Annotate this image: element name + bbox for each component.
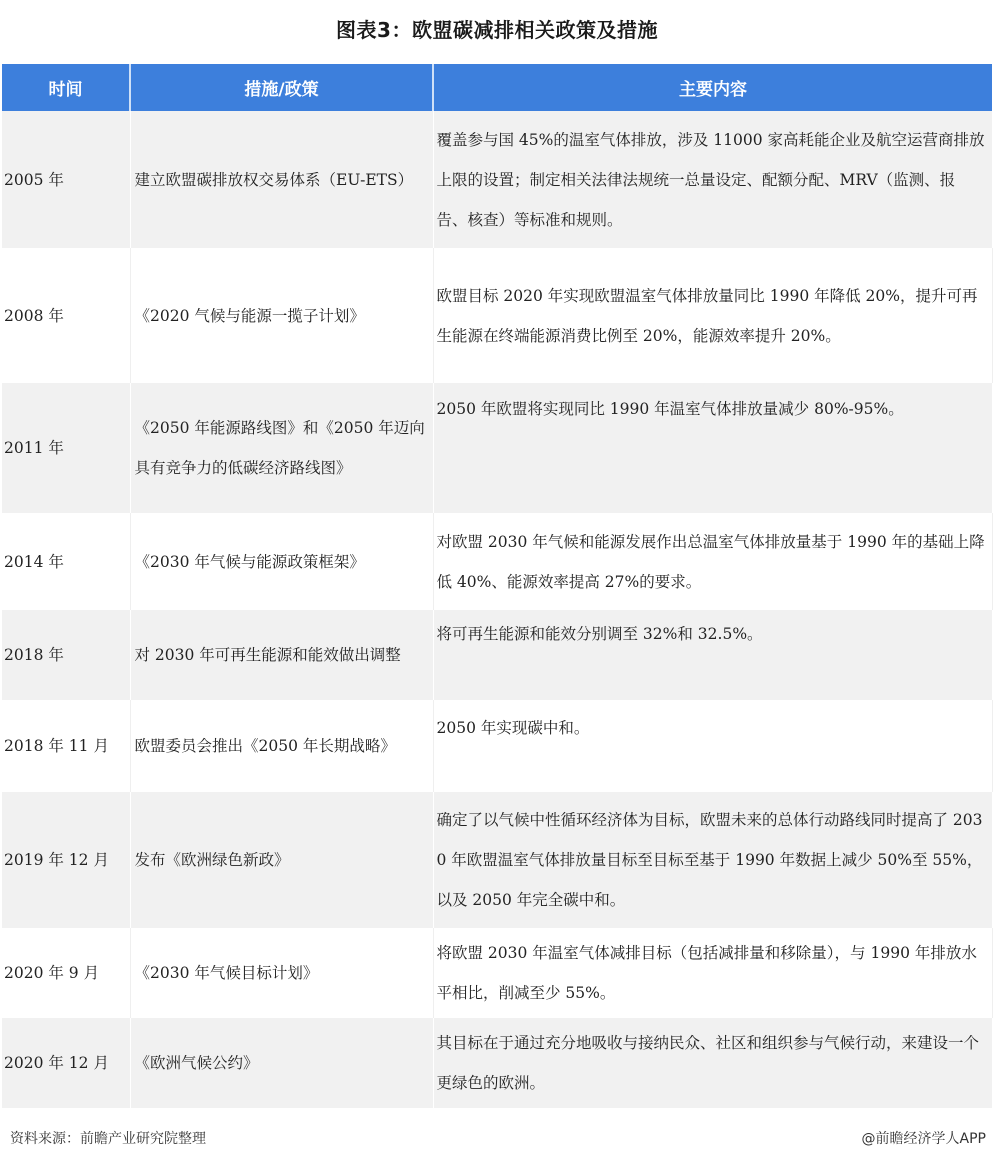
cell-policy: 《欧洲气候公约》 [130,1018,433,1108]
source-note: 资料来源：前瞻产业研究院整理 [10,1128,206,1148]
cell-policy: 建立欧盟碳排放权交易体系（EU-ETS） [130,111,433,248]
table-row: 2018 年 11 月 欧盟委员会推出《2050 年长期战略》 2050 年实现… [2,700,992,792]
column-header-content: 主要内容 [433,64,992,111]
cell-policy: 《2050 年能源路线图》和《2050 年迈向具有竞争力的低碳经济路线图》 [130,383,433,513]
cell-time: 2019 年 12 月 [2,792,130,928]
cell-content: 覆盖参与国 45%的温室气体排放，涉及 11000 家高耗能企业及航空运营商排放… [433,111,992,248]
cell-time: 2018 年 11 月 [2,700,130,792]
table-row: 2005 年 建立欧盟碳排放权交易体系（EU-ETS） 覆盖参与国 45%的温室… [2,111,992,248]
cell-content: 对欧盟 2030 年气候和能源发展作出总温室气体排放量基于 1990 年的基础上… [433,513,992,610]
cell-time: 2020 年 9 月 [2,928,130,1018]
cell-policy: 《2030 年气候与能源政策框架》 [130,513,433,610]
policy-table: 时间 措施/政策 主要内容 2005 年 建立欧盟碳排放权交易体系（EU-ETS… [2,64,993,1108]
cell-content: 2050 年欧盟将实现同比 1990 年温室气体排放量减少 80%-95%。 [433,383,992,513]
cell-content: 2050 年实现碳中和。 [433,700,992,792]
cell-content: 确定了以气候中性循环经济体为目标，欧盟未来的总体行动路线同时提高了 2030 年… [433,792,992,928]
cell-time: 2005 年 [2,111,130,248]
cell-content: 其目标在于通过充分地吸收与接纳民众、社区和组织参与气候行动，来建设一个更绿色的欧… [433,1018,992,1108]
table-row: 2020 年 12 月 《欧洲气候公约》 其目标在于通过充分地吸收与接纳民众、社… [2,1018,992,1108]
cell-time: 2011 年 [2,383,130,513]
cell-time: 2008 年 [2,248,130,383]
table-row: 2020 年 9 月 《2030 年气候目标计划》 将欧盟 2030 年温室气体… [2,928,992,1018]
cell-policy: 对 2030 年可再生能源和能效做出调整 [130,610,433,700]
column-header-policy: 措施/政策 [130,64,433,111]
table-row: 2008 年 《2020 气候与能源一揽子计划》 欧盟目标 2020 年实现欧盟… [2,248,992,383]
cell-content: 将欧盟 2030 年温室气体减排目标（包括减排量和移除量），与 1990 年排放… [433,928,992,1018]
table-header-row: 时间 措施/政策 主要内容 [2,64,992,111]
footer: 资料来源：前瞻产业研究院整理 @前瞻经济学人APP [10,1128,986,1150]
cell-time: 2018 年 [2,610,130,700]
table-row: 2014 年 《2030 年气候与能源政策框架》 对欧盟 2030 年气候和能源… [2,513,992,610]
table-row: 2011 年 《2050 年能源路线图》和《2050 年迈向具有竞争力的低碳经济… [2,383,992,513]
cell-content: 将可再生能源和能效分别调至 32%和 32.5%。 [433,610,992,700]
cell-time: 2014 年 [2,513,130,610]
cell-policy: 发布《欧洲绿色新政》 [130,792,433,928]
cell-policy: 欧盟委员会推出《2050 年长期战略》 [130,700,433,792]
cell-time: 2020 年 12 月 [2,1018,130,1108]
column-header-time: 时间 [2,64,130,111]
table-row: 2019 年 12 月 发布《欧洲绿色新政》 确定了以气候中性循环经济体为目标，… [2,792,992,928]
credit-note: @前瞻经济学人APP [862,1128,986,1148]
figure-title: 图表3：欧盟碳减排相关政策及措施 [0,14,994,43]
cell-content: 欧盟目标 2020 年实现欧盟温室气体排放量同比 1990 年降低 20%，提升… [433,248,992,383]
cell-policy: 《2020 气候与能源一揽子计划》 [130,248,433,383]
table-row: 2018 年 对 2030 年可再生能源和能效做出调整 将可再生能源和能效分别调… [2,610,992,700]
cell-policy: 《2030 年气候目标计划》 [130,928,433,1018]
